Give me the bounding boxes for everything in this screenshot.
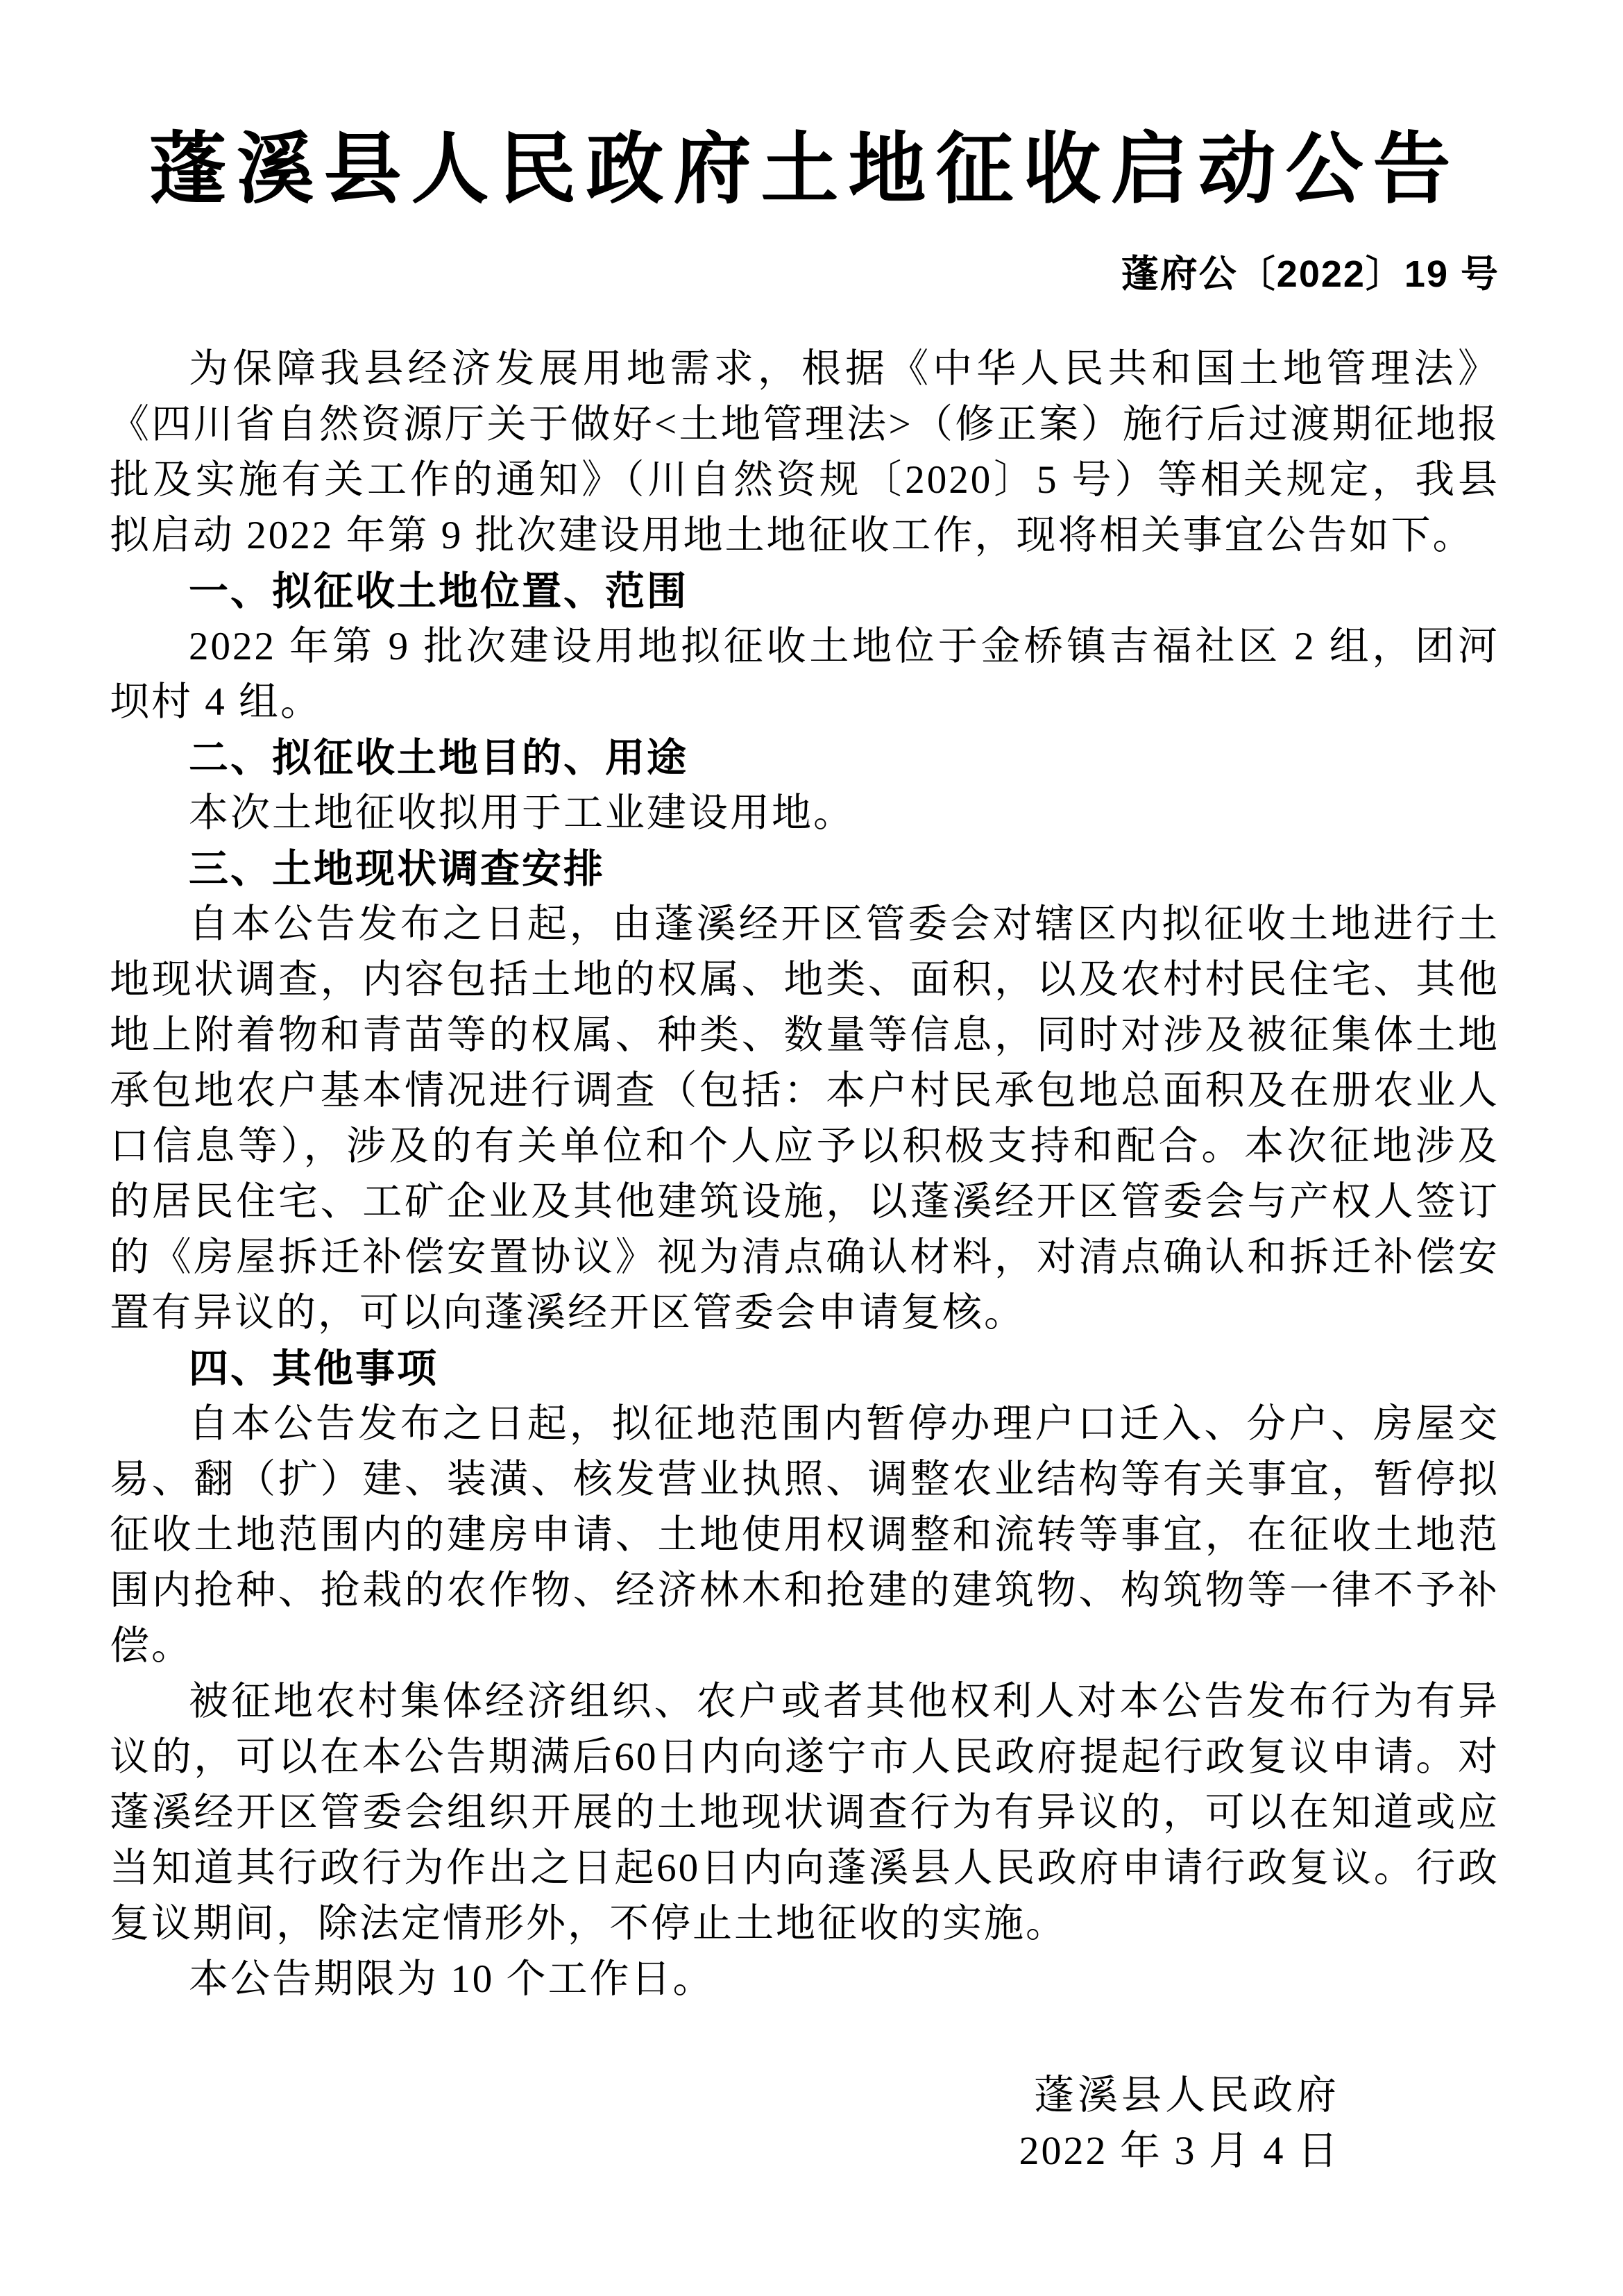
document-number: 蓬府公〔2022〕19 号 <box>110 250 1499 298</box>
page-title: 蓬溪县人民政府土地征收启动公告 <box>110 125 1499 215</box>
section-4-heading: 四、其他事项 <box>110 1341 1499 1396</box>
section-3-heading: 三、土地现状调查安排 <box>110 841 1499 897</box>
section-4-paragraph-1: 自本公告发布之日起，拟征地范围内暂停办理户口迁入、分户、房屋交易、翻（扩）建、装… <box>110 1396 1499 1674</box>
signature-date: 2022 年 3 月 4 日 <box>110 2123 1340 2179</box>
notice-period-paragraph: 本公告期限为 10 个工作日。 <box>110 1952 1499 2007</box>
signature-issuer: 蓬溪县人民政府 <box>110 2068 1340 2123</box>
section-1-paragraph: 2022 年第 9 批次建设用地拟征收土地位于金桥镇吉福社区 2 组，团河坝村 … <box>110 619 1499 730</box>
intro-paragraph: 为保障我县经济发展用地需求，根据《中华人民共和国土地管理法》《四川省自然资源厅关… <box>110 341 1499 564</box>
section-2-heading: 二、拟征收土地目的、用途 <box>110 730 1499 786</box>
announcement-page: 蓬溪县人民政府土地征收启动公告 蓬府公〔2022〕19 号 为保障我县经济发展用… <box>0 0 1623 2296</box>
section-2-paragraph: 本次土地征收拟用于工业建设用地。 <box>110 786 1499 841</box>
section-3-paragraph: 自本公告发布之日起，由蓬溪经开区管委会对辖区内拟征收土地进行土地现状调查，内容包… <box>110 897 1499 1341</box>
document-body: 为保障我县经济发展用地需求，根据《中华人民共和国土地管理法》《四川省自然资源厅关… <box>110 341 1499 2007</box>
section-1-heading: 一、拟征收土地位置、范围 <box>110 564 1499 619</box>
section-4-paragraph-2: 被征地农村集体经济组织、农户或者其他权利人对本公告发布行为有异议的，可以在本公告… <box>110 1674 1499 1952</box>
signature-block: 蓬溪县人民政府 2022 年 3 月 4 日 <box>110 2068 1499 2179</box>
